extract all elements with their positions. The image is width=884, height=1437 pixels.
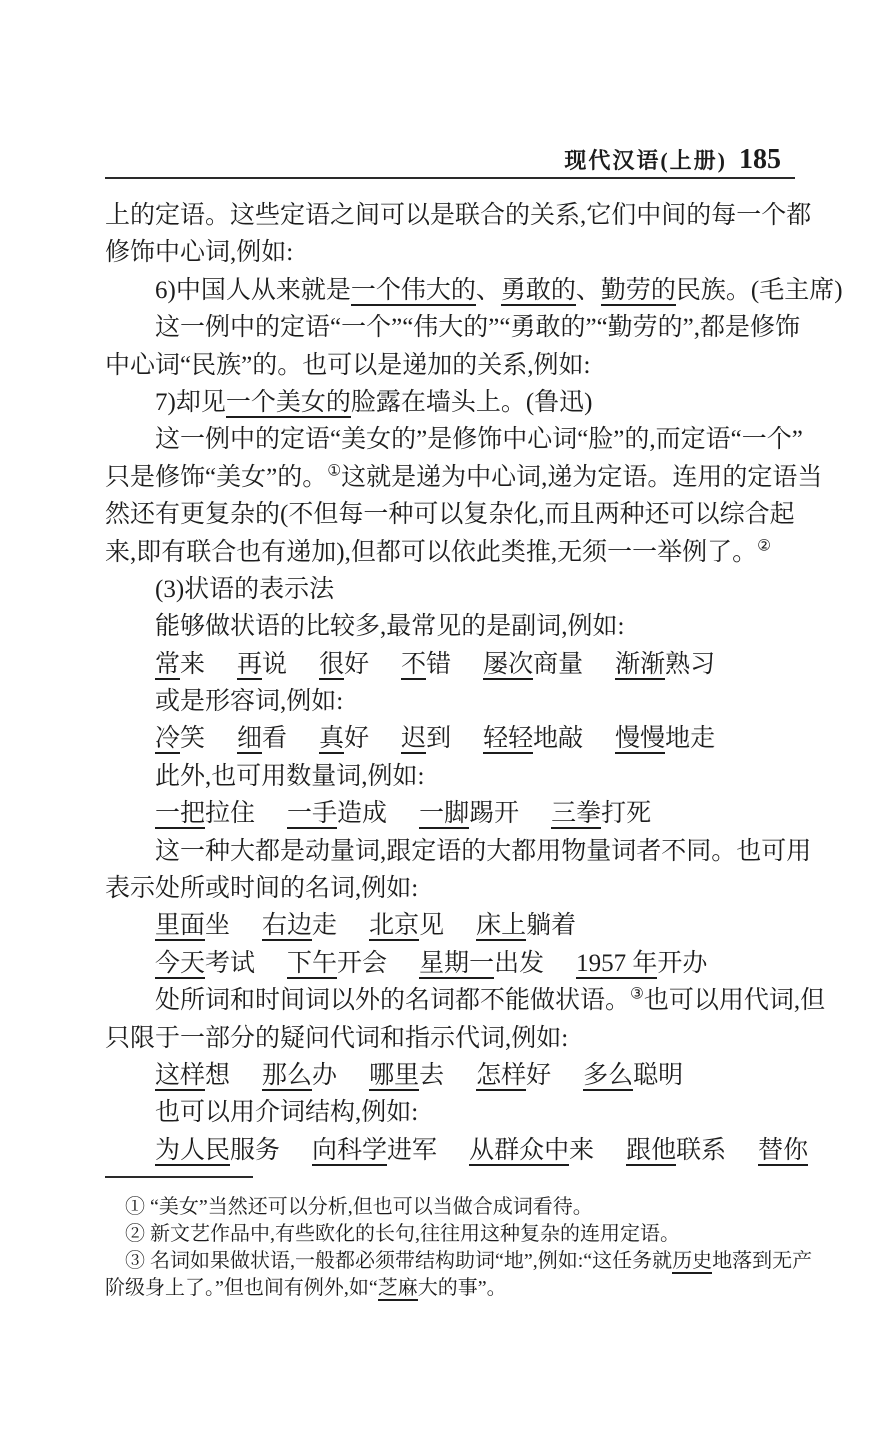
underlined-term: 1957 年 xyxy=(576,950,657,979)
text-segment: (3)状语的表示法 xyxy=(155,576,334,603)
underlined-term: 一个美女的 xyxy=(226,389,351,418)
text-segment: 考试 xyxy=(205,950,255,977)
text-segment: 去 xyxy=(419,1062,444,1089)
text-line: 此外,也可用数量词,例如: xyxy=(105,758,863,795)
footnote-divider xyxy=(105,1176,253,1178)
text-segment: 来 xyxy=(569,1137,594,1164)
underlined-term: 细 xyxy=(237,725,262,754)
text-line: 常来再说很好不错屡次商量渐渐熟习 xyxy=(105,646,863,683)
text-line: 这一例中的定语“一个”“伟大的”“勇敢的”“勤劳的”,都是修饰 xyxy=(105,309,863,346)
text-segment: 熟习 xyxy=(665,651,715,678)
text-segment: 表示处所或时间的名词,例如: xyxy=(105,875,418,902)
text-segment: 阶级身上了。”但也间有例外,如“ xyxy=(105,1277,378,1299)
text-segment: 只限于一部分的疑问代词和指示代词,例如: xyxy=(105,1025,568,1052)
underlined-term: 跟他 xyxy=(626,1137,676,1166)
text-segment: 商量 xyxy=(533,651,583,678)
text-segment: 躺着 xyxy=(526,912,576,939)
text-segment: 造成 xyxy=(337,800,387,827)
underlined-term: 屡次 xyxy=(483,651,533,680)
underlined-term: 床上 xyxy=(476,912,526,941)
underlined-term: 星期一 xyxy=(419,950,494,979)
underlined-term: 勤劳的 xyxy=(601,277,676,306)
text-segment: 中心词“民族”的。也可以是递加的关系,例如: xyxy=(105,352,590,379)
underlined-term: 从群众中 xyxy=(469,1137,569,1166)
underlined-term: 一把 xyxy=(155,800,205,829)
text-segment: 进军 xyxy=(387,1137,437,1164)
text-segment: 见 xyxy=(419,912,444,939)
underlined-term: 哪里 xyxy=(369,1062,419,1091)
underlined-term: 向科学 xyxy=(312,1137,387,1166)
underlined-term: 再 xyxy=(237,651,262,680)
text-segment: 到 xyxy=(426,725,451,752)
underlined-term: 今天 xyxy=(155,950,205,979)
text-line: 来,即有联合也有递加),但都可以依此类推,无须一一举例了。② xyxy=(105,534,863,571)
underlined-term: 那么 xyxy=(262,1062,312,1091)
text-line: 也可以用介词结构,例如: xyxy=(105,1094,863,1131)
text-segment: 上的定语。这些定语之间可以是联合的关系,它们中间的每一个都 xyxy=(105,202,811,229)
underlined-term: 一手 xyxy=(287,800,337,829)
text-line: 修饰中心词,例如: xyxy=(105,234,863,271)
text-segment: 走 xyxy=(312,912,337,939)
text-segment: 或是形容词,例如: xyxy=(155,688,343,715)
footnote-ref-marker: ① xyxy=(327,462,341,479)
underlined-term: 轻轻 xyxy=(483,725,533,754)
text-line: ② 新文艺作品中,有些欧化的长句,往往用这种复杂的连用定语。 xyxy=(105,1221,873,1248)
text-line: ① “美女”当然还可以分析,但也可以当做合成词看待。 xyxy=(105,1194,873,1221)
text-segment: 打死 xyxy=(601,800,651,827)
text-line: 只是修饰“美女”的。①这就是递为中心词,递为定语。连用的定语当 xyxy=(105,459,863,496)
text-line: 能够做状语的比较多,最常见的是副词,例如: xyxy=(105,608,863,645)
text-segment: 也可以用代词,但 xyxy=(644,987,825,1014)
text-segment: 这一例中的定语“美女的”是修饰中心词“脸”的,而定语“一个” xyxy=(155,426,803,453)
underlined-term: 右边 xyxy=(262,912,312,941)
text-segment: 聪明 xyxy=(633,1062,683,1089)
text-segment: 民族。(毛主席) xyxy=(676,277,843,304)
text-segment: 出发 xyxy=(494,950,544,977)
text-line: 只限于一部分的疑问代词和指示代词,例如: xyxy=(105,1020,863,1057)
text-line: ③ 名词如果做状语,一般都必须带结构助词“地”,例如:“这任务就历史地落到无产 xyxy=(105,1248,873,1275)
text-segment: 地落到无产 xyxy=(712,1250,812,1272)
underlined-term: 渐渐 xyxy=(615,651,665,680)
text-line: 今天考试下午开会星期一出发1957 年开办 xyxy=(105,945,863,982)
text-segment: 6)中国人从来就是 xyxy=(155,277,351,304)
text-segment: 脸露在墙头上。(鲁迅) xyxy=(351,389,593,416)
underlined-term: 三拳 xyxy=(551,800,601,829)
text-line: 冷笑细看真好迟到轻轻地敲慢慢地走 xyxy=(105,720,863,757)
text-segment: 笑 xyxy=(180,725,205,752)
text-line: 这一例中的定语“美女的”是修饰中心词“脸”的,而定语“一个” xyxy=(105,421,863,458)
text-line: 然还有更复杂的(不但每一种可以复杂化,而且两种还可以综合起 xyxy=(105,496,863,533)
text-line: 一把拉住一手造成一脚踢开三拳打死 xyxy=(105,795,863,832)
underlined-term: 勇敢的 xyxy=(501,277,576,306)
underlined-term: 很 xyxy=(319,651,344,680)
underlined-term: 一个伟大的 xyxy=(351,277,476,306)
text-segment: 办 xyxy=(312,1062,337,1089)
page-number: 185 xyxy=(739,144,781,176)
text-line: 这样想那么办哪里去怎样好多么聪明 xyxy=(105,1057,863,1094)
text-segment: 好 xyxy=(344,725,369,752)
text-line: 处所词和时间词以外的名词都不能做状语。③也可以用代词,但 xyxy=(105,982,863,1019)
page-header: 现代汉语(上册) 185 xyxy=(105,144,781,176)
text-segment: 只是修饰“美女”的。 xyxy=(105,464,327,491)
underlined-term: 迟 xyxy=(401,725,426,754)
text-line: 这一种大都是动量词,跟定语的大都用物量词者不同。也可用 xyxy=(105,833,863,870)
text-segment: ② 新文艺作品中,有些欧化的长句,往往用这种复杂的连用定语。 xyxy=(125,1223,680,1245)
text-segment: 处所词和时间词以外的名词都不能做状语。 xyxy=(155,987,630,1014)
text-segment: 错 xyxy=(426,651,451,678)
underlined-term: 多么 xyxy=(583,1062,633,1091)
underlined-term: 芝麻 xyxy=(378,1277,418,1301)
text-segment: 大的事”。 xyxy=(418,1277,507,1299)
underlined-term: 下午 xyxy=(287,950,337,979)
text-segment: 来,即有联合也有递加),但都可以依此类推,无须一一举例了。 xyxy=(105,539,757,566)
underlined-term: 为人民 xyxy=(155,1137,230,1166)
text-line: 或是形容词,例如: xyxy=(105,683,863,720)
text-segment: 能够做状语的比较多,最常见的是副词,例如: xyxy=(155,613,624,640)
text-segment: 、 xyxy=(476,277,501,304)
text-segment: 坐 xyxy=(205,912,230,939)
body-text: 上的定语。这些定语之间可以是联合的关系,它们中间的每一个都修饰中心词,例如:6)… xyxy=(105,197,863,1169)
header-rule xyxy=(105,177,795,179)
text-segment: 拉住 xyxy=(205,800,255,827)
underlined-term: 不 xyxy=(401,651,426,680)
text-segment: 然还有更复杂的(不但每一种可以复杂化,而且两种还可以综合起 xyxy=(105,501,795,528)
text-segment: 想 xyxy=(205,1062,230,1089)
underlined-term: 真 xyxy=(319,725,344,754)
text-segment: 服务 xyxy=(230,1137,280,1164)
underlined-term: 里面 xyxy=(155,912,205,941)
underlined-term: 历史 xyxy=(672,1250,712,1274)
text-segment: 7)却见 xyxy=(155,389,226,416)
text-segment: 说 xyxy=(262,651,287,678)
text-segment: 这一种大都是动量词,跟定语的大都用物量词者不同。也可用 xyxy=(155,838,811,865)
text-line: (3)状语的表示法 xyxy=(105,571,863,608)
text-line: 表示处所或时间的名词,例如: xyxy=(105,870,863,907)
text-line: 中心词“民族”的。也可以是递加的关系,例如: xyxy=(105,347,863,384)
book-page: 现代汉语(上册) 185 上的定语。这些定语之间可以是联合的关系,它们中间的每一… xyxy=(0,0,884,1437)
text-segment: 这一例中的定语“一个”“伟大的”“勇敢的”“勤劳的”,都是修饰 xyxy=(155,314,800,341)
text-line: 为人民服务向科学进军从群众中来跟他联系替你 xyxy=(105,1132,863,1169)
footnote-ref-marker: ② xyxy=(757,537,771,554)
underlined-term: 这样 xyxy=(155,1062,205,1091)
text-segment: 地敲 xyxy=(533,725,583,752)
underlined-term: 慢慢 xyxy=(615,725,665,754)
text-line: 阶级身上了。”但也间有例外,如“芝麻大的事”。 xyxy=(105,1275,873,1302)
footnotes: ① “美女”当然还可以分析,但也可以当做合成词看待。② 新文艺作品中,有些欧化的… xyxy=(105,1194,873,1302)
text-segment: 来 xyxy=(180,651,205,678)
text-segment: ① “美女”当然还可以分析,但也可以当做合成词看待。 xyxy=(125,1196,593,1218)
text-line: 上的定语。这些定语之间可以是联合的关系,它们中间的每一个都 xyxy=(105,197,863,234)
text-line: 6)中国人从来就是一个伟大的、勇敢的、勤劳的民族。(毛主席) xyxy=(105,272,863,309)
text-segment: 开会 xyxy=(337,950,387,977)
text-segment: ③ 名词如果做状语,一般都必须带结构助词“地”,例如:“这任务就 xyxy=(125,1250,672,1272)
text-segment: 也可以用介词结构,例如: xyxy=(155,1099,418,1126)
underlined-term: 怎样 xyxy=(476,1062,526,1091)
running-title: 现代汉语(上册) xyxy=(564,144,727,175)
text-segment: 开办 xyxy=(657,950,707,977)
underlined-term: 北京 xyxy=(369,912,419,941)
underlined-term: 一脚 xyxy=(419,800,469,829)
text-segment: 地走 xyxy=(665,725,715,752)
underlined-term: 替你 xyxy=(758,1137,808,1166)
text-segment: 好 xyxy=(344,651,369,678)
footnote-ref-marker: ③ xyxy=(630,986,644,1003)
text-segment: 、 xyxy=(576,277,601,304)
text-line: 7)却见一个美女的脸露在墙头上。(鲁迅) xyxy=(105,384,863,421)
text-segment: 看 xyxy=(262,725,287,752)
text-line: 里面坐右边走北京见床上躺着 xyxy=(105,907,863,944)
text-segment: 此外,也可用数量词,例如: xyxy=(155,763,424,790)
underlined-term: 冷 xyxy=(155,725,180,754)
text-segment: 这就是递为中心词,递为定语。连用的定语当 xyxy=(341,464,822,491)
text-segment: 好 xyxy=(526,1062,551,1089)
text-segment: 修饰中心词,例如: xyxy=(105,239,293,266)
underlined-term: 常 xyxy=(155,651,180,680)
text-segment: 联系 xyxy=(676,1137,726,1164)
text-segment: 踢开 xyxy=(469,800,519,827)
